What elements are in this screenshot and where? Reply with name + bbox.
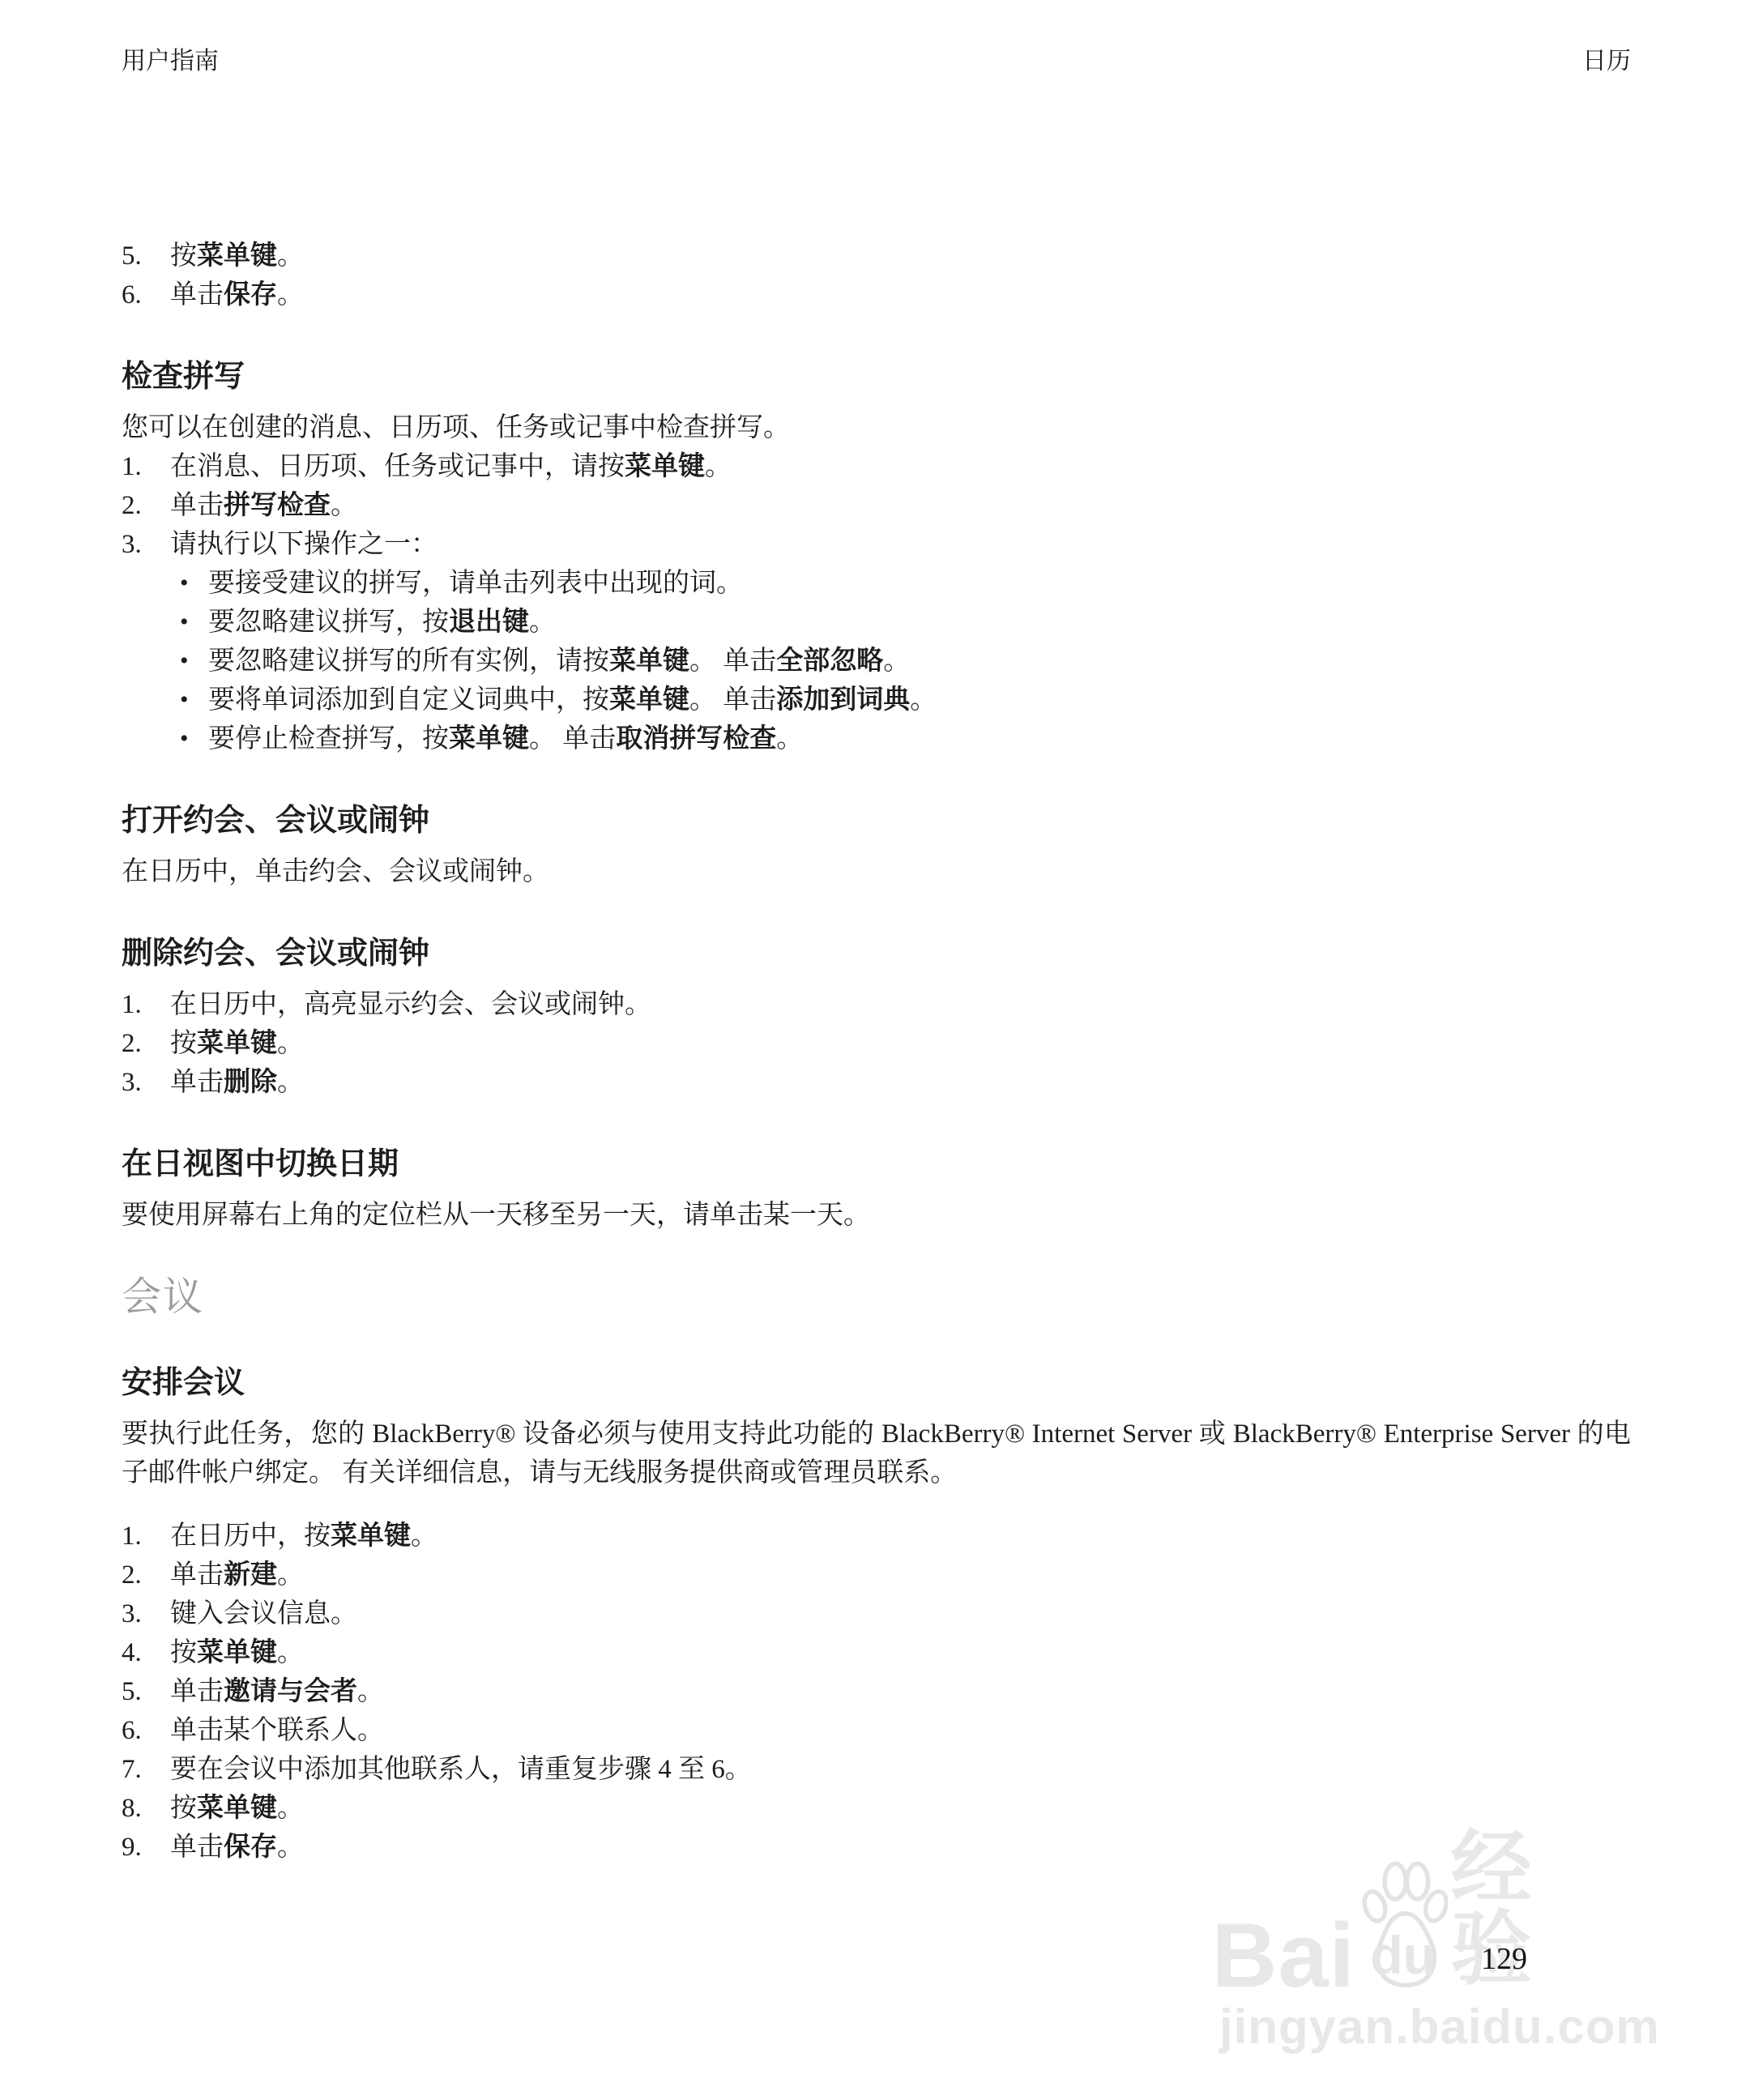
bold-run: 全部忽略 — [776, 647, 883, 676]
baidu-jingyan-watermark: Bai du 经验 jingyan.baidu.com — [1219, 1828, 1527, 2051]
text-run: 。 — [277, 1638, 304, 1667]
text-run: 按 — [170, 1794, 197, 1823]
text-run: 。 — [277, 1068, 304, 1097]
text-run: 。 — [776, 724, 803, 753]
text-run: 按 — [170, 1638, 197, 1667]
item-text: 单击邀请与会者。 — [170, 1672, 1631, 1711]
bold-run: 菜单键 — [449, 724, 529, 753]
item-number: 2. — [122, 486, 170, 525]
watermark-url: jingyan.baidu.com — [1219, 2003, 1527, 2051]
text-run: 要执行此任务，您的 BlackBerry® 设备必须与使用支持此功能的 Blac… — [122, 1419, 1631, 1487]
bullet-icon: • — [180, 681, 208, 719]
paragraph: 您可以在创建的消息、日历项、任务或记事中检查拼写。 — [122, 408, 1631, 447]
list-item: 5.单击邀请与会者。 — [122, 1672, 1631, 1711]
text-run: 要接受建议的拼写，请单击列表中出现的词。 — [208, 569, 743, 598]
bold-run: 邀请与会者 — [224, 1677, 357, 1706]
bold-run: 菜单键 — [331, 1522, 411, 1551]
item-text: 键入会议信息。 — [170, 1594, 1631, 1633]
watermark-du-text: du — [1370, 1928, 1436, 1982]
header-guide-title: 用户指南 — [122, 47, 219, 76]
text-run: 在日历中，高亮显示约会、会议或闹钟。 — [170, 990, 651, 1019]
text-run: 要在会议中添加其他联系人，请重复步骤 4 至 6。 — [170, 1755, 752, 1784]
paragraph: 要执行此任务，您的 BlackBerry® 设备必须与使用支持此功能的 Blac… — [122, 1415, 1631, 1492]
item-body: 单击新建。 — [170, 1556, 1631, 1594]
text-run: 在日历中，按 — [170, 1522, 331, 1551]
list-item: 2.单击拼写检查。 — [122, 486, 1631, 525]
text-run: 。 单击 — [689, 685, 776, 715]
text-run: 要停止检查拼写，按 — [208, 724, 449, 753]
text-run: 。 — [277, 1560, 304, 1590]
bold-run: 菜单键 — [197, 1638, 277, 1667]
bullet-icon: • — [180, 719, 208, 758]
page-header: 用户指南 日历 — [122, 47, 1631, 76]
text-run: 单击 — [170, 1560, 224, 1590]
text-run: 在消息、日历项、任务或记事中，请按 — [170, 452, 625, 481]
text-run: 。 — [277, 1029, 304, 1058]
header-chapter-title: 日历 — [1582, 47, 1631, 76]
item-number: 1. — [122, 447, 170, 486]
text-run: 。 单击 — [689, 647, 776, 676]
text-run: 单击 — [170, 1068, 224, 1097]
bullet-text: 要忽略建议拼写，按退出键。 — [208, 603, 556, 642]
bold-run: 保存 — [224, 1833, 277, 1862]
watermark-bai-text: Bai — [1211, 1919, 1355, 1993]
text-run: 您可以在创建的消息、日历项、任务或记事中检查拼写。 — [122, 413, 790, 442]
bullet-icon: • — [180, 603, 208, 642]
item-body: 单击删除。 — [170, 1063, 1631, 1102]
bold-run: 退出键 — [449, 608, 529, 637]
bullet-item: •要停止检查拼写，按菜单键。 单击取消拼写检查。 — [180, 719, 1631, 758]
bullet-icon: • — [180, 642, 208, 681]
text-run: 单击 — [170, 1677, 224, 1706]
item-text: 请执行以下操作之一： — [170, 525, 1631, 564]
item-body: 单击保存。 — [170, 275, 1631, 314]
bold-run: 保存 — [224, 280, 277, 309]
list-item: 6.单击某个联系人。 — [122, 1711, 1631, 1750]
text-run: 。 — [357, 1677, 384, 1706]
text-run: 。 — [910, 685, 937, 715]
item-text: 要在会议中添加其他联系人，请重复步骤 4 至 6。 — [170, 1750, 1631, 1789]
item-text: 按菜单键。 — [170, 1633, 1631, 1672]
item-body: 请执行以下操作之一：•要接受建议的拼写，请单击列表中出现的词。•要忽略建议拼写，… — [170, 525, 1631, 758]
list-item: 2.单击新建。 — [122, 1556, 1631, 1594]
text-run: 按 — [170, 1029, 197, 1058]
item-text: 单击删除。 — [170, 1063, 1631, 1102]
text-run: 单击 — [170, 491, 224, 520]
item-number: 5. — [122, 237, 170, 275]
baidu-paw-icon: du — [1359, 1860, 1448, 1993]
list-item: 4.按菜单键。 — [122, 1633, 1631, 1672]
list-item: 7.要在会议中添加其他联系人，请重复步骤 4 至 6。 — [122, 1750, 1631, 1789]
bold-run: 菜单键 — [197, 1794, 277, 1823]
item-body: 按菜单键。 — [170, 1789, 1631, 1828]
ordered-list: 1.在日历中，按菜单键。2.单击新建。3.键入会议信息。4.按菜单键。5.单击邀… — [122, 1517, 1631, 1867]
item-number: 9. — [122, 1828, 170, 1867]
item-number: 8. — [122, 1789, 170, 1828]
item-text: 按菜单键。 — [170, 1024, 1631, 1063]
item-number: 6. — [122, 1711, 170, 1750]
item-body: 单击拼写检查。 — [170, 486, 1631, 525]
bullet-item: •要忽略建议拼写的所有实例，请按菜单键。 单击全部忽略。 — [180, 642, 1631, 681]
item-text: 单击保存。 — [170, 275, 1631, 314]
text-run: 要使用屏幕右上角的定位栏从一天移至另一天，请单击某一天。 — [122, 1201, 870, 1230]
text-run: 单击 — [170, 280, 224, 309]
text-run: 。 — [883, 647, 910, 676]
text-run: 按 — [170, 241, 197, 271]
item-text: 单击新建。 — [170, 1556, 1631, 1594]
section-heading: 检查拼写 — [122, 356, 1631, 397]
text-run: 。 — [529, 608, 556, 637]
section-heading: 安排会议 — [122, 1363, 1631, 1403]
text-run: 在日历中，单击约会、会议或闹钟。 — [122, 857, 549, 886]
chapter-heading: 会议 — [122, 1274, 1631, 1321]
text-run: 请执行以下操作之一： — [170, 530, 437, 559]
list-item: 3.请执行以下操作之一：•要接受建议的拼写，请单击列表中出现的词。•要忽略建议拼… — [122, 525, 1631, 758]
list-item: 6.单击保存。 — [122, 275, 1631, 314]
text-run: 。 — [411, 1522, 437, 1551]
bold-run: 拼写检查 — [224, 491, 331, 520]
bold-run: 菜单键 — [625, 452, 705, 481]
item-text: 在消息、日历项、任务或记事中，请按菜单键。 — [170, 447, 1631, 486]
section-heading: 在日视图中切换日期 — [122, 1144, 1631, 1184]
bullet-text: 要接受建议的拼写，请单击列表中出现的词。 — [208, 564, 743, 603]
list-item: 3.键入会议信息。 — [122, 1594, 1631, 1633]
item-text: 在日历中，按菜单键。 — [170, 1517, 1631, 1556]
item-number: 5. — [122, 1672, 170, 1711]
item-number: 2. — [122, 1556, 170, 1594]
list-item: 1.在日历中，按菜单键。 — [122, 1517, 1631, 1556]
ordered-list: 5.按菜单键。6.单击保存。 — [122, 237, 1631, 314]
item-text: 按菜单键。 — [170, 237, 1631, 275]
list-item: 1.在消息、日历项、任务或记事中，请按菜单键。 — [122, 447, 1631, 486]
list-item: 2.按菜单键。 — [122, 1024, 1631, 1063]
item-number: 2. — [122, 1024, 170, 1063]
ordered-list: 1.在消息、日历项、任务或记事中，请按菜单键。2.单击拼写检查。3.请执行以下操… — [122, 447, 1631, 758]
item-number: 3. — [122, 1594, 170, 1633]
bold-run: 新建 — [224, 1560, 277, 1590]
item-body: 按菜单键。 — [170, 1024, 1631, 1063]
item-text: 按菜单键。 — [170, 1789, 1631, 1828]
item-number: 6. — [122, 275, 170, 314]
section-heading: 删除约会、会议或闹钟 — [122, 933, 1631, 974]
bullet-text: 要将单词添加到自定义词典中，按菜单键。 单击添加到词典。 — [208, 681, 937, 719]
bullet-item: •要接受建议的拼写，请单击列表中出现的词。 — [180, 564, 1631, 603]
bullet-list: •要接受建议的拼写，请单击列表中出现的词。•要忽略建议拼写，按退出键。•要忽略建… — [180, 564, 1631, 758]
text-run: 要忽略建议拼写，按 — [208, 608, 449, 637]
list-item: 1.在日历中，高亮显示约会、会议或闹钟。 — [122, 985, 1631, 1024]
text-run: 。 — [331, 491, 357, 520]
text-run: 。 — [277, 241, 304, 271]
bold-run: 取消拼写检查 — [616, 724, 776, 753]
bullet-item: •要忽略建议拼写，按退出键。 — [180, 603, 1631, 642]
item-number: 1. — [122, 985, 170, 1024]
text-run: 。 单击 — [529, 724, 616, 753]
item-body: 要在会议中添加其他联系人，请重复步骤 4 至 6。 — [170, 1750, 1631, 1789]
document-page: { "header": { "left": "用户指南", "right": "… — [0, 0, 1750, 2100]
text-run: 键入会议信息。 — [170, 1599, 357, 1628]
paragraph: 要使用屏幕右上角的定位栏从一天移至另一天，请单击某一天。 — [122, 1196, 1631, 1235]
text-run: 要忽略建议拼写的所有实例，请按 — [208, 647, 609, 676]
bullet-icon: • — [180, 564, 208, 603]
item-number: 1. — [122, 1517, 170, 1556]
bold-run: 菜单键 — [609, 647, 689, 676]
ordered-list: 1.在日历中，高亮显示约会、会议或闹钟。2.按菜单键。3.单击删除。 — [122, 985, 1631, 1102]
item-text: 单击某个联系人。 — [170, 1711, 1631, 1750]
text-run: 要将单词添加到自定义词典中，按 — [208, 685, 609, 715]
bullet-item: •要将单词添加到自定义词典中，按菜单键。 单击添加到词典。 — [180, 681, 1631, 719]
item-body: 在日历中，按菜单键。 — [170, 1517, 1631, 1556]
text-run: 。 — [277, 280, 304, 309]
text-run: 。 — [277, 1833, 304, 1862]
section-heading: 打开约会、会议或闹钟 — [122, 800, 1631, 841]
item-body: 按菜单键。 — [170, 1633, 1631, 1672]
item-body: 单击某个联系人。 — [170, 1711, 1631, 1750]
item-number: 7. — [122, 1750, 170, 1789]
item-body: 在消息、日历项、任务或记事中，请按菜单键。 — [170, 447, 1631, 486]
item-body: 键入会议信息。 — [170, 1594, 1631, 1633]
item-body: 在日历中，高亮显示约会、会议或闹钟。 — [170, 985, 1631, 1024]
item-number: 3. — [122, 525, 170, 564]
item-body: 单击邀请与会者。 — [170, 1672, 1631, 1711]
paragraph: 在日历中，单击约会、会议或闹钟。 — [122, 852, 1631, 891]
bullet-text: 要忽略建议拼写的所有实例，请按菜单键。 单击全部忽略。 — [208, 642, 910, 681]
bold-run: 删除 — [224, 1068, 277, 1097]
list-item: 5.按菜单键。 — [122, 237, 1631, 275]
item-text: 单击拼写检查。 — [170, 486, 1631, 525]
item-number: 3. — [122, 1063, 170, 1102]
list-item: 8.按菜单键。 — [122, 1789, 1631, 1828]
page-number: 129 — [1481, 1941, 1527, 1977]
item-body: 按菜单键。 — [170, 237, 1631, 275]
bullet-text: 要停止检查拼写，按菜单键。 单击取消拼写检查。 — [208, 719, 803, 758]
document-content: 5.按菜单键。6.单击保存。检查拼写您可以在创建的消息、日历项、任务或记事中检查… — [122, 237, 1631, 1867]
bold-run: 添加到词典 — [776, 685, 910, 715]
bold-run: 菜单键 — [609, 685, 689, 715]
item-text: 在日历中，高亮显示约会、会议或闹钟。 — [170, 985, 1631, 1024]
text-run: 。 — [705, 452, 732, 481]
text-run: 。 — [277, 1794, 304, 1823]
list-item: 3.单击删除。 — [122, 1063, 1631, 1102]
text-run: 单击某个联系人。 — [170, 1716, 384, 1745]
bold-run: 菜单键 — [197, 1029, 277, 1058]
text-run: 单击 — [170, 1833, 224, 1862]
bold-run: 菜单键 — [197, 241, 277, 271]
item-number: 4. — [122, 1633, 170, 1672]
